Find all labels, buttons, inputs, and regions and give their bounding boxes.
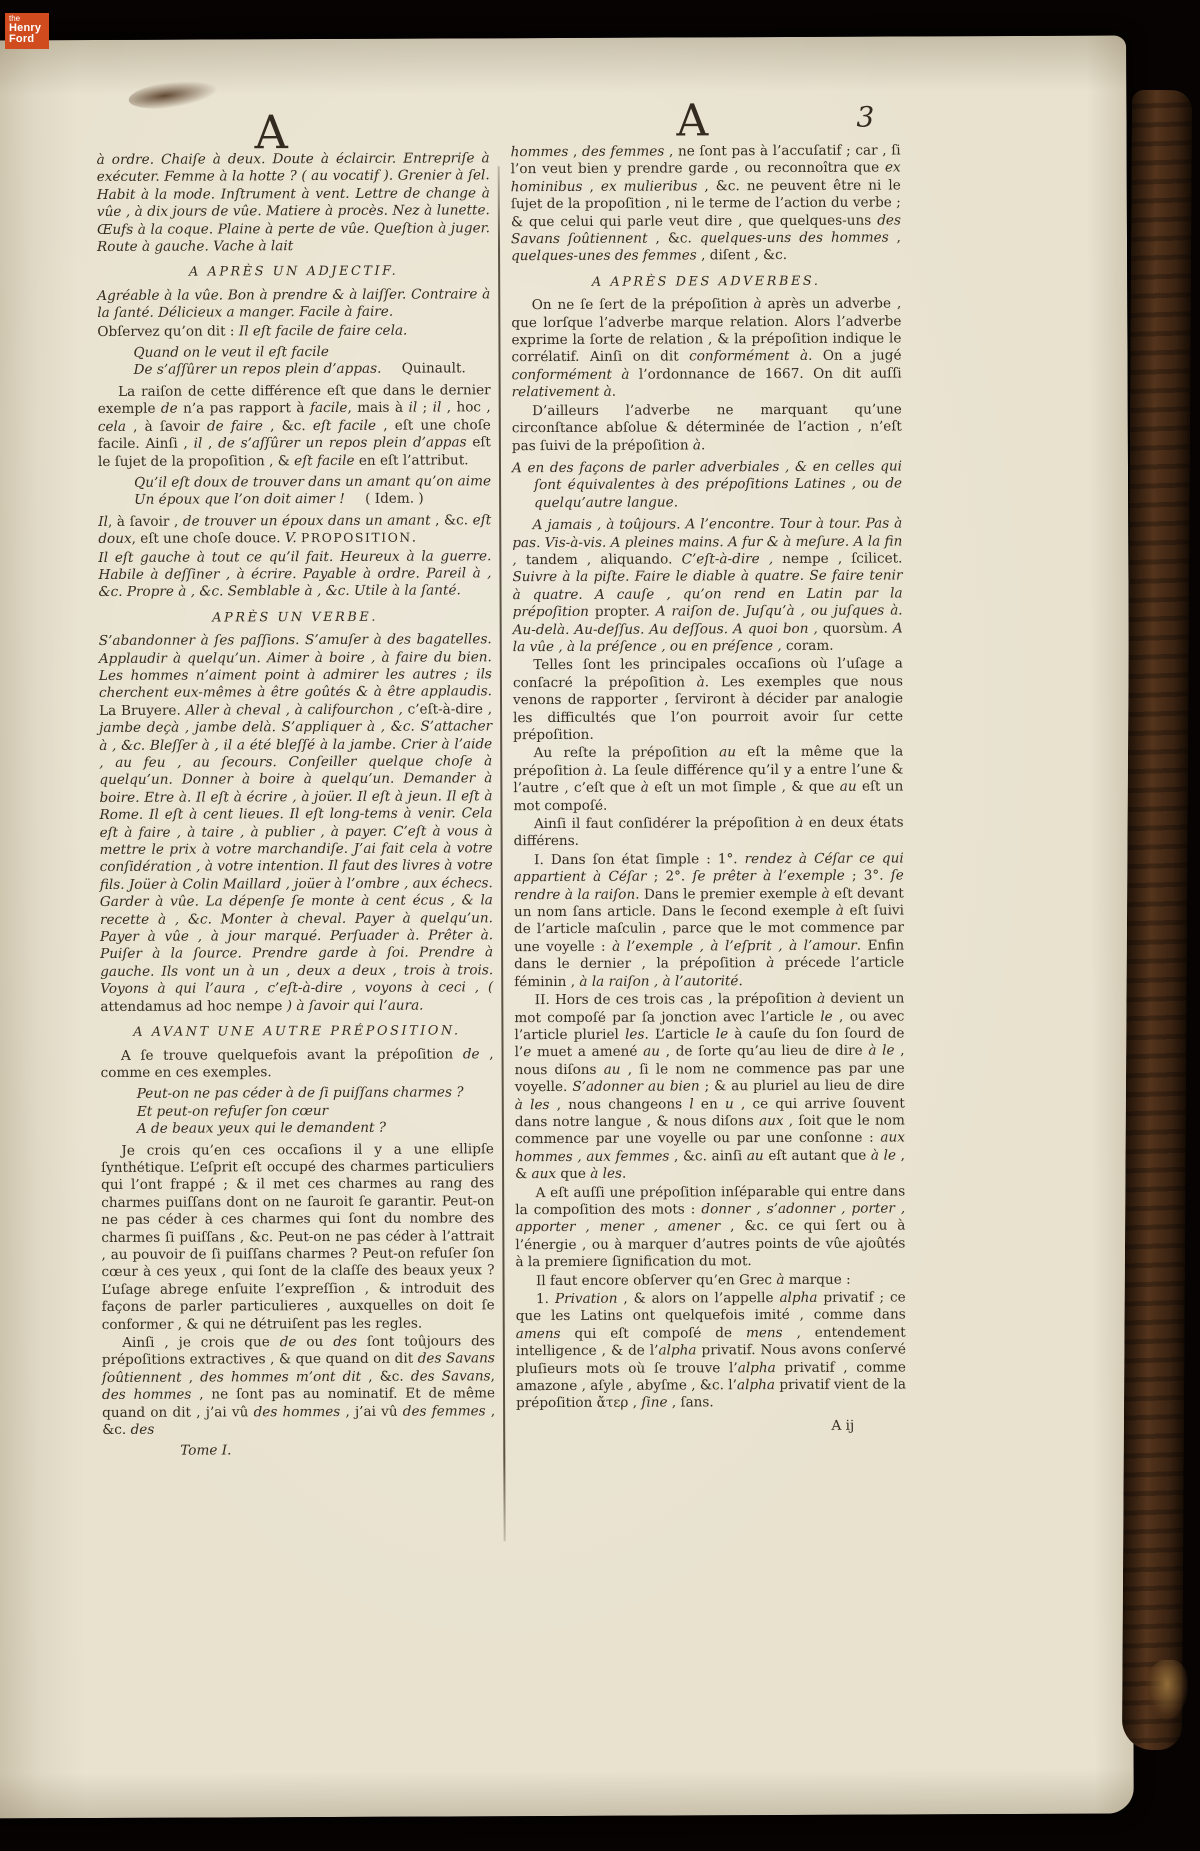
paragraph-observez: Obſervez qu’on dit : Il eſt facile de fa… xyxy=(97,322,490,341)
logo-text-ford: Ford xyxy=(9,34,49,45)
text-column-left: à ordre. Chaiſe à deux. Doute à éclairci… xyxy=(97,150,496,1461)
paragraph-sabandonner-list: S’abandonner à ſes paſſions. S’amuſer à … xyxy=(99,631,494,1016)
page-edge-smudge xyxy=(127,76,220,113)
rubric-facons-adverbiales: A en des façons de parler adverbiales , … xyxy=(512,458,902,512)
book-leather-edge xyxy=(1122,90,1192,1750)
heading-apres-un-verbe: APRÈS UN VERBE. xyxy=(99,608,492,627)
verse-peut-on: Peut-on ne pas céder à de ſi puiſſans ch… xyxy=(101,1085,494,1139)
paragraph-hommes-femmes: hommes , des femmes , ne ſont pas à l’ac… xyxy=(511,142,902,266)
paragraph-hors-de-ces-cas: II. Hors de ces trois cas , la prépoſiti… xyxy=(514,991,905,1184)
paragraph-a-se-trouve: A ſe trouve quelquefois avant la prépoſi… xyxy=(101,1046,494,1083)
heading-apres-des-adverbes: A APRÈS DES ADVERBES. xyxy=(511,272,901,291)
verse-quinault: Quand on le veut il eſt facileDe s’aſſûr… xyxy=(97,343,490,380)
paragraph-grec-a-marque: Il faut encore obſerver qu’en Grec à mar… xyxy=(516,1271,906,1290)
paragraph-il-a-savoir: Il, à ſavoir , de trouver un époux dans … xyxy=(98,512,491,549)
paragraph-la-raison: La raiſon de cette différence eſt que da… xyxy=(98,382,491,471)
heading-avant-autre-preposition: A AVANT UNE AUTRE PRÉPOSITION. xyxy=(100,1022,493,1041)
paragraph-ainsi-je-crois: Ainſi , je crois que de ou des ſont toûj… xyxy=(102,1333,495,1439)
tome-signature-line: Tome I. xyxy=(180,1442,495,1461)
paragraph-a-ordre-list: à ordre. Chaiſe à deux. Doute à éclairci… xyxy=(97,150,490,256)
paragraph-dailleurs: D’ailleurs l’adverbe ne marquant qu’une … xyxy=(512,401,902,455)
book-page: A A 3 à ordre. Chaiſe à deux. Doute à éc… xyxy=(0,36,1134,1819)
verse-idem: Qu’il eſt doux de trouver dans un amant … xyxy=(98,473,491,510)
paragraph-telles-sont: Telles ſont les principales occaſions où… xyxy=(513,656,903,745)
paragraph-etat-simple: I. Dans ſon état ſimple : 1°. rendez à C… xyxy=(514,850,905,991)
page-number: 3 xyxy=(856,101,874,134)
paragraph-ainsi-il-faut: Ainſi il faut conſidérer la prépoſition … xyxy=(514,815,904,852)
heading-apres-un-adjectif: A APRÈS UN ADJECTIF. xyxy=(97,263,490,282)
text-column-right: hommes , des femmes , ne ſont pas à l’ac… xyxy=(511,142,907,1436)
column-divider-rule xyxy=(498,166,506,1541)
paragraph-privation-alpha: 1. Privation , & alors on l’appelle alph… xyxy=(516,1289,907,1413)
photo-of-book-page: { "logo": { "line1": "the", "line2": "He… xyxy=(0,0,1200,1851)
gathering-signature-mark: A ij xyxy=(516,1417,906,1436)
paragraph-preposition-inseparable: A eſt auſſi une prépoſition inſéparable … xyxy=(515,1183,905,1272)
paragraph-agreable-list: Agréable à la vûe. Bon à prendre & à lai… xyxy=(97,286,490,323)
paragraph-au-reste: Au reſte la prépoſition au eſt la même q… xyxy=(513,744,903,815)
logo-text-henry: Henry xyxy=(9,23,49,34)
henry-ford-logo: the Henry Ford xyxy=(5,13,49,49)
running-head-letter-right: A xyxy=(676,95,708,146)
paragraph-il-est-gauche-list: Il eſt gauche à tout ce qu’il fait. Heur… xyxy=(98,548,491,602)
paragraph-on-ne-se-sert: On ne ſe ſert de la prépoſition à après … xyxy=(511,296,901,402)
paragraph-a-jamais-list: A jamais , à toûjours. A l’encontre. Tou… xyxy=(512,516,903,657)
paragraph-je-crois: Je crois qu’en ces occaſions il y a une … xyxy=(101,1141,495,1334)
